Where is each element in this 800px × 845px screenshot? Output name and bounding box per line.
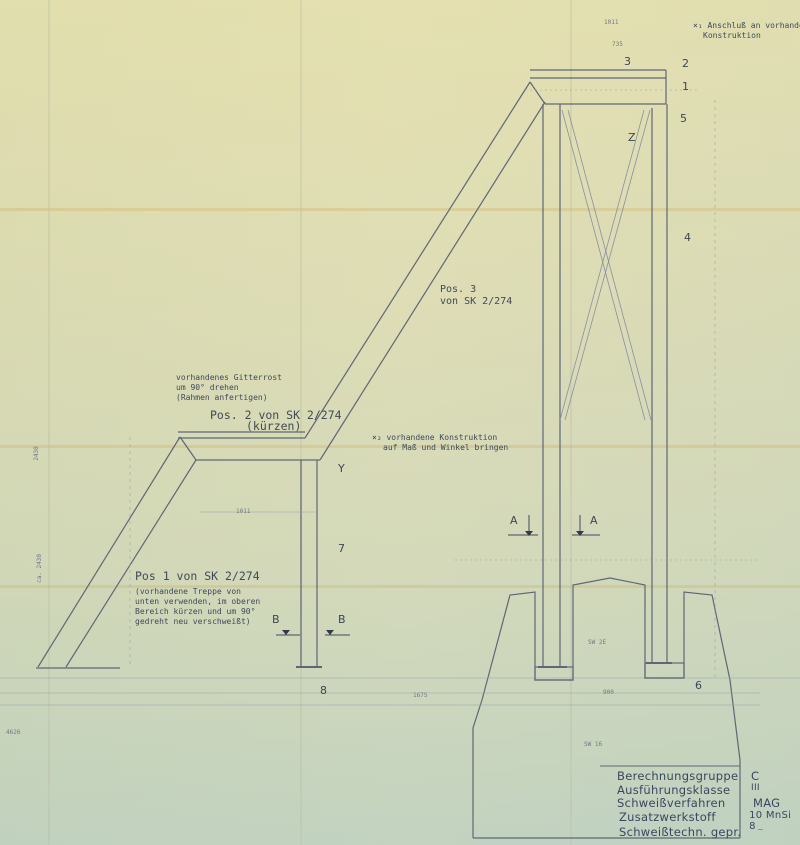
part-number-8: 8 <box>320 685 327 698</box>
grating-note-line1: vorhandenes Gitterrost <box>176 373 282 382</box>
stair-stringer-outer <box>38 437 180 667</box>
title-row-weld-process: Schweißverfahren MAG <box>617 796 780 810</box>
pos1-title: Pos 1 von SK 2/274 <box>135 570 260 583</box>
pos1-note-line4: gedreht neu verschweißt) <box>135 617 251 626</box>
grating-note-line2: um 90° drehen <box>176 383 239 392</box>
pos2-note: (kürzen) <box>246 420 301 433</box>
part-number-7: 7 <box>338 543 345 556</box>
signature: ~ <box>757 825 764 839</box>
title-value: C <box>751 769 759 783</box>
dimension-platform-width: 1011 <box>236 509 250 516</box>
dimension-top-sub: 735 <box>612 42 623 49</box>
title-label: Ausführungsklasse <box>617 783 767 797</box>
part-label-y: Y <box>338 463 345 476</box>
part-number-2: 2 <box>682 58 689 71</box>
drawing-sheet: ×₁ Anschluß an vorhandene Konstruktion 3… <box>0 0 800 845</box>
title-label: Schweißtechn. gepr. <box>619 825 769 839</box>
note-x2-line2: auf Maß und Winkel bringen <box>383 443 508 452</box>
grating-note-line3: (Rahmen anfertigen) <box>176 393 268 402</box>
note-connection-line2: Konstruktion <box>703 31 761 40</box>
part-number-6: 6 <box>695 680 702 693</box>
title-row-exec-class: Ausführungsklasse III <box>617 783 760 797</box>
pos1-note-line2: unten verwenden, im oberen <box>135 597 260 606</box>
part-label-z: Z <box>628 132 636 145</box>
title-row-weld-check: Schweißtechn. gepr. ~ <box>619 825 764 839</box>
section-marker-a-right: A <box>590 515 598 528</box>
dimension-height-left-lower: ca. 2430 <box>37 554 44 583</box>
section-marker-a-left: A <box>510 515 518 528</box>
dimension-base-total: 4626 <box>6 730 20 737</box>
title-block-frame <box>600 765 745 775</box>
stair-stringer-inner <box>66 460 196 667</box>
part-number-3: 3 <box>624 56 631 69</box>
foundation-label: SW 2E <box>588 640 606 647</box>
part-number-4: 4 <box>684 232 691 245</box>
pos3-title: Pos. 3 <box>440 284 476 296</box>
foundation-label-lower: SW 16 <box>584 742 602 749</box>
part-number-1: 1 <box>682 81 689 94</box>
note-x2-line1: ×₂ vorhandene Konstruktion <box>372 433 497 442</box>
section-marker-b-left: B <box>272 614 280 627</box>
technical-drawing <box>0 0 800 845</box>
dimension-height-left: 2430 <box>34 446 41 460</box>
title-value: III <box>751 783 760 797</box>
title-value: MAG <box>753 796 780 810</box>
pos1-note-line3: Bereich kürzen und um 90° <box>135 607 255 616</box>
title-label: Schweißverfahren <box>617 796 767 810</box>
part-number-5: 5 <box>680 113 687 126</box>
pos3-ref: von SK 2/274 <box>440 296 512 308</box>
dimension-base-left: 1675 <box>413 693 427 700</box>
note-connection-line1: ×₁ Anschluß an vorhandene <box>693 21 800 30</box>
dimension-top-width: 1011 <box>604 20 618 27</box>
section-marker-b-right: B <box>338 614 346 627</box>
pos1-note-line1: (vorhandene Treppe von <box>135 587 241 596</box>
dimension-foundation-width: 900 <box>603 690 614 697</box>
